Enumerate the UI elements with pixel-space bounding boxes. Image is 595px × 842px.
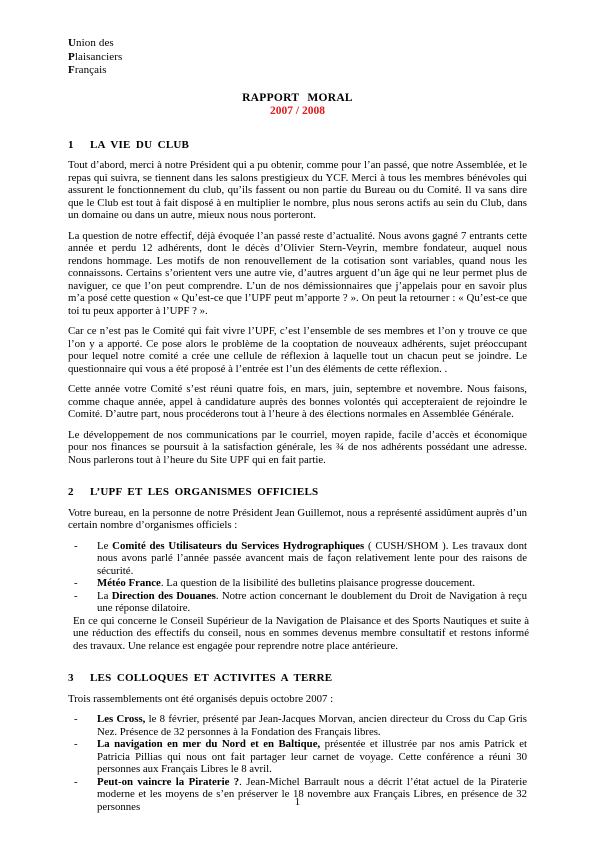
page-content: Union desPlaisanciersFrançais RAPPORT MO… [68, 37, 527, 813]
bold-text-run: La navigation en mer du Nord et en Balti… [97, 738, 320, 750]
section-number: 2 [68, 486, 90, 499]
list-item-text: Le Comité des Utilisateurs du Services H… [97, 540, 527, 578]
paragraph: Trois rassemblements ont été organisés d… [68, 693, 527, 706]
list-item: -Météo France. La question de la lisibil… [68, 577, 527, 590]
bold-text-run: Météo France [97, 577, 161, 589]
text-run: Tout d’abord, merci à notre Président qu… [68, 159, 527, 221]
text-run: Le développement de nos communications p… [68, 429, 527, 466]
bullet-list: -Le Comité des Utilisateurs du Services … [68, 540, 527, 615]
section-heading: 3LES COLLOQUES ET ACTIVITES A TERRE [68, 672, 527, 685]
document-page: Union desPlaisanciersFrançais RAPPORT MO… [0, 0, 595, 842]
bullet-dash: - [68, 540, 97, 578]
letterhead: Union desPlaisanciersFrançais [68, 37, 527, 78]
paragraph: Tout d’abord, merci à notre Président qu… [68, 159, 527, 222]
bold-text-run: Comité des Utilisateurs du Services Hydr… [112, 540, 364, 552]
text-run: laisanciers [75, 51, 123, 63]
paragraph: En ce qui concerne le Conseil Supérieur … [73, 615, 529, 653]
text-run: En ce qui concerne le Conseil Supérieur … [73, 615, 529, 652]
page-number: 1 [0, 796, 595, 809]
section-number: 1 [68, 139, 90, 152]
text-run: Cette année votre Comité s’est réuni qua… [68, 383, 527, 420]
list-item-text: Les Cross, le 8 février, présenté par Je… [97, 713, 527, 738]
bullet-dash: - [68, 713, 97, 738]
bullet-dash: - [68, 738, 97, 776]
section-title: LA VIE DU CLUB [90, 139, 189, 151]
section-heading: 1LA VIE DU CLUB [68, 139, 527, 152]
letterhead-line: Plaisanciers [68, 51, 527, 65]
section-heading: 2L’UPF ET LES ORGANISMES OFFICIELS [68, 486, 527, 499]
letterhead-line: Union des [68, 37, 527, 51]
text-run: rançais [75, 64, 107, 76]
paragraph: Cette année votre Comité s’est réuni qua… [68, 383, 527, 421]
document-body: 1LA VIE DU CLUBTout d’abord, merci à not… [68, 139, 527, 814]
bullet-dash: - [68, 590, 97, 615]
text-run: La question de notre effectif, déjà évoq… [68, 230, 527, 317]
title-block: RAPPORT MORAL 2007 / 2008 [68, 92, 527, 119]
text-run: Car ce n’est pas le Comité qui fait vivr… [68, 325, 527, 375]
section-title: L’UPF ET LES ORGANISMES OFFICIELS [90, 486, 318, 498]
list-item-text: La Direction des Douanes. Notre action c… [97, 590, 527, 615]
text-run: Le [97, 540, 112, 552]
list-item: -La navigation en mer du Nord et en Balt… [68, 738, 527, 776]
text-run: le 8 février, présenté par Jean-Jacques … [97, 713, 527, 738]
bold-text-run: Les Cross, [97, 713, 145, 725]
bold-text-run: P [68, 51, 75, 63]
text-run: Votre bureau, en la personne de notre Pr… [68, 507, 527, 532]
list-item: -Les Cross, le 8 février, présenté par J… [68, 713, 527, 738]
text-run: nion des [76, 37, 114, 49]
text-run: Trois rassemblements ont été organisés d… [68, 693, 333, 705]
bold-text-run: Peut-on vaincre la Piraterie ? [97, 776, 239, 788]
report-title: RAPPORT MORAL [68, 92, 527, 106]
paragraph: Le développement de nos communications p… [68, 429, 527, 467]
paragraph: La question de notre effectif, déjà évoq… [68, 230, 527, 318]
list-item: -La Direction des Douanes. Notre action … [68, 590, 527, 615]
list-item: -Le Comité des Utilisateurs du Services … [68, 540, 527, 578]
report-period: 2007 / 2008 [68, 105, 527, 119]
list-item-text: Météo France. La question de la lisibili… [97, 577, 527, 590]
paragraph: Car ce n’est pas le Comité qui fait vivr… [68, 325, 527, 375]
letterhead-line: Français [68, 64, 527, 78]
list-item-text: La navigation en mer du Nord et en Balti… [97, 738, 527, 776]
bullet-dash: - [68, 577, 97, 590]
bold-text-run: U [68, 37, 76, 49]
section-title: LES COLLOQUES ET ACTIVITES A TERRE [90, 672, 332, 684]
text-run: . La question de la lisibilité des bulle… [161, 577, 475, 589]
bold-text-run: F [68, 64, 75, 76]
paragraph: Votre bureau, en la personne de notre Pr… [68, 507, 527, 532]
text-run: La [97, 590, 112, 602]
bold-text-run: Direction des Douanes [112, 590, 216, 602]
section-number: 3 [68, 672, 90, 685]
